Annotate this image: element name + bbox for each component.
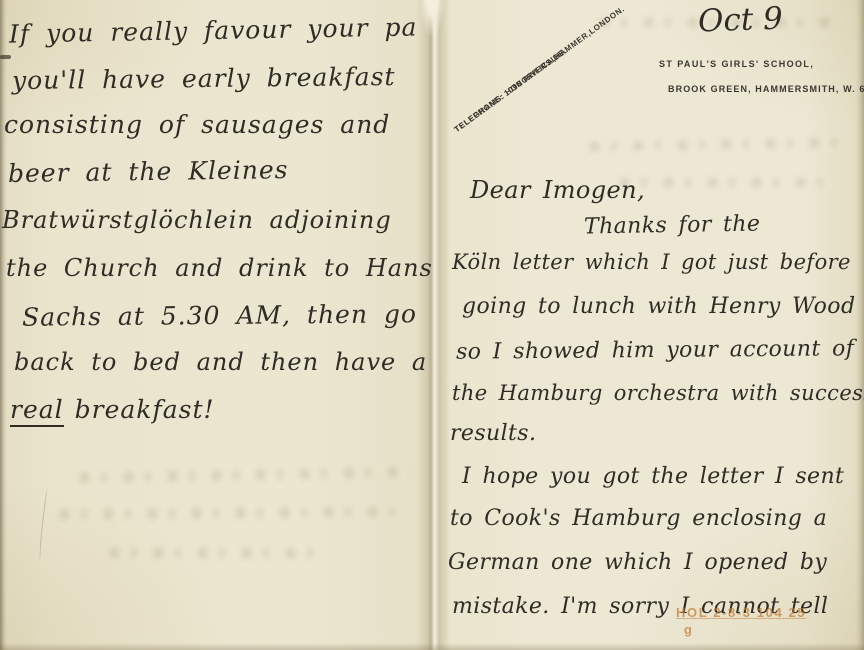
letterhead-school-address: BROOK GREEN, HAMMERSMITH, W. 6. [668,84,864,94]
letter-line-rest: breakfast! [75,395,215,424]
centre-fold-crease [416,0,450,650]
letter-line: back to bed and then have a [14,348,427,376]
paper-bottom-edge [0,643,864,650]
letter-line: going to lunch with Henry Wood [462,294,855,319]
letter-line: so I showed him your account of [456,336,854,364]
letterhead-school-name: ST PAUL'S GIRLS' SCHOOL, [659,59,814,69]
paper-left-edge [0,0,7,650]
letter-line: consisting of sausages and [4,110,390,139]
archive-reference-stamp: HOL 2-8-3 104 25 [676,605,806,620]
letter-line: the Hamburg orchestra with successful [452,381,864,405]
handwritten-date: Oct 9 [697,1,783,40]
letter-line: to Cook's Hamburg enclosing a [450,506,827,531]
letter-line: realbreakfast! [10,395,215,424]
letter-line: you'll have early breakfast [12,62,396,95]
letter-line: results. [450,421,536,446]
letter-line: Köln letter which I got just before [452,250,851,274]
salutation: Dear Imogen, [470,176,645,204]
letter-line: Bratwürstglöchlein adjoining [2,206,392,234]
letter-scan: TELEPHONE: 1090 RIVERSIDE. TELEGRAMS: HO… [0,0,864,650]
letter-line: German one which I opened by [448,550,827,575]
scan-edge-mark [0,55,11,59]
letter-line: Sachs at 5.30 AM, then go [22,299,417,331]
archive-reference-suffix: g [684,622,692,637]
paper-right-edge [855,0,864,650]
letter-line: I hope you got the letter I sent [462,464,844,489]
crease-top-notch [420,0,444,36]
underlined-word: real [10,395,64,427]
letter-line: Thanks for the [584,211,761,239]
letter-line: the Church and drink to Hans [6,254,433,282]
letter-line: beer at the Kleines [8,155,289,188]
